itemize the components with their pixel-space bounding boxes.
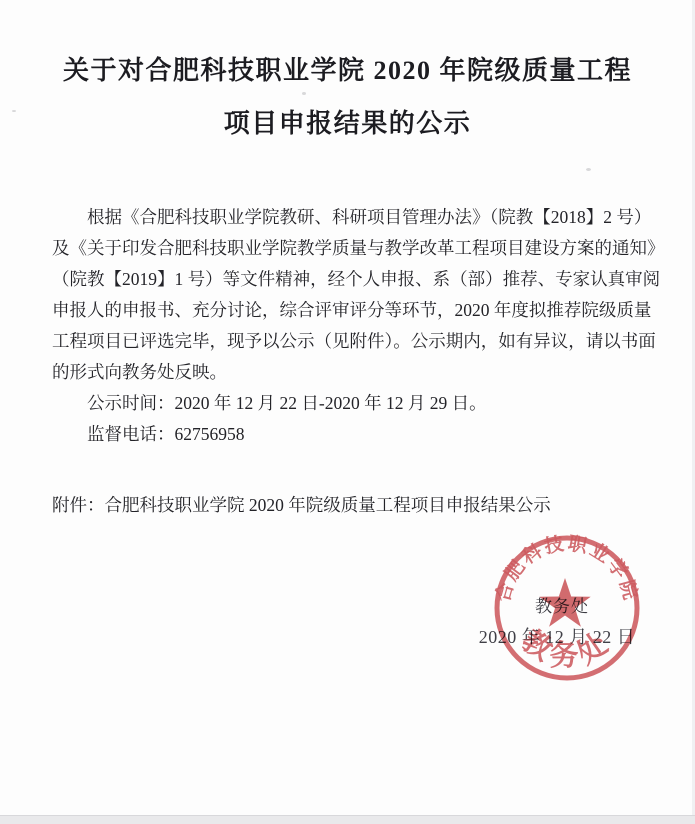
scan-speck <box>586 168 591 171</box>
publicity-period-line: 公示时间：2020 年 12 月 22 日-2020 年 12 月 29 日。 <box>52 388 643 419</box>
document-title-line-2: 项目申报结果的公示 <box>0 97 695 150</box>
official-seal: 合肥科技职业学院 教务处 <box>492 533 642 683</box>
document-title: 关于对合肥科技职业学院 2020 年院级质量工程 项目申报结果的公示 <box>0 44 695 150</box>
body-line: （院教【2019】1 号）等文件精神，经个人申报、系（部）推荐、专家认真审阅 <box>52 264 643 295</box>
body-line: 及《关于印发合肥科技职业学院教学质量与教学改革工程项目建设方案的通知》 <box>52 233 643 264</box>
body-line: 根据《合肥科技职业学院教研、科研项目管理办法》（院教【2018】2 号） <box>52 202 643 233</box>
supervision-phone-line: 监督电话：62756958 <box>52 419 643 450</box>
document-title-line-1: 关于对合肥科技职业学院 2020 年院级质量工程 <box>0 44 695 97</box>
body-line: 申报人的申报书、充分讨论，综合评审评分等环节，2020 年度拟推荐院级质量 <box>52 295 643 326</box>
scanned-document-page: 关于对合肥科技职业学院 2020 年院级质量工程 项目申报结果的公示 根据《合肥… <box>0 0 695 824</box>
body-line: 的形式向教务处反映。 <box>52 357 643 388</box>
scan-edge-bottom <box>0 815 695 824</box>
body-paragraph: 根据《合肥科技职业学院教研、科研项目管理办法》（院教【2018】2 号）及《关于… <box>52 202 643 388</box>
seal-star-icon <box>539 578 590 627</box>
body-line: 工程项目已评选完毕，现予以公示（见附件）。公示期内，如有异议，请以书面 <box>52 326 643 357</box>
seal-department-arc-text: 教务处 <box>516 624 619 673</box>
attachment-line: 附件：合肥科技职业学院 2020 年院级质量工程项目申报结果公示 <box>52 490 655 521</box>
body-text: 根据《合肥科技职业学院教研、科研项目管理办法》（院教【2018】2 号）及《关于… <box>52 202 643 450</box>
